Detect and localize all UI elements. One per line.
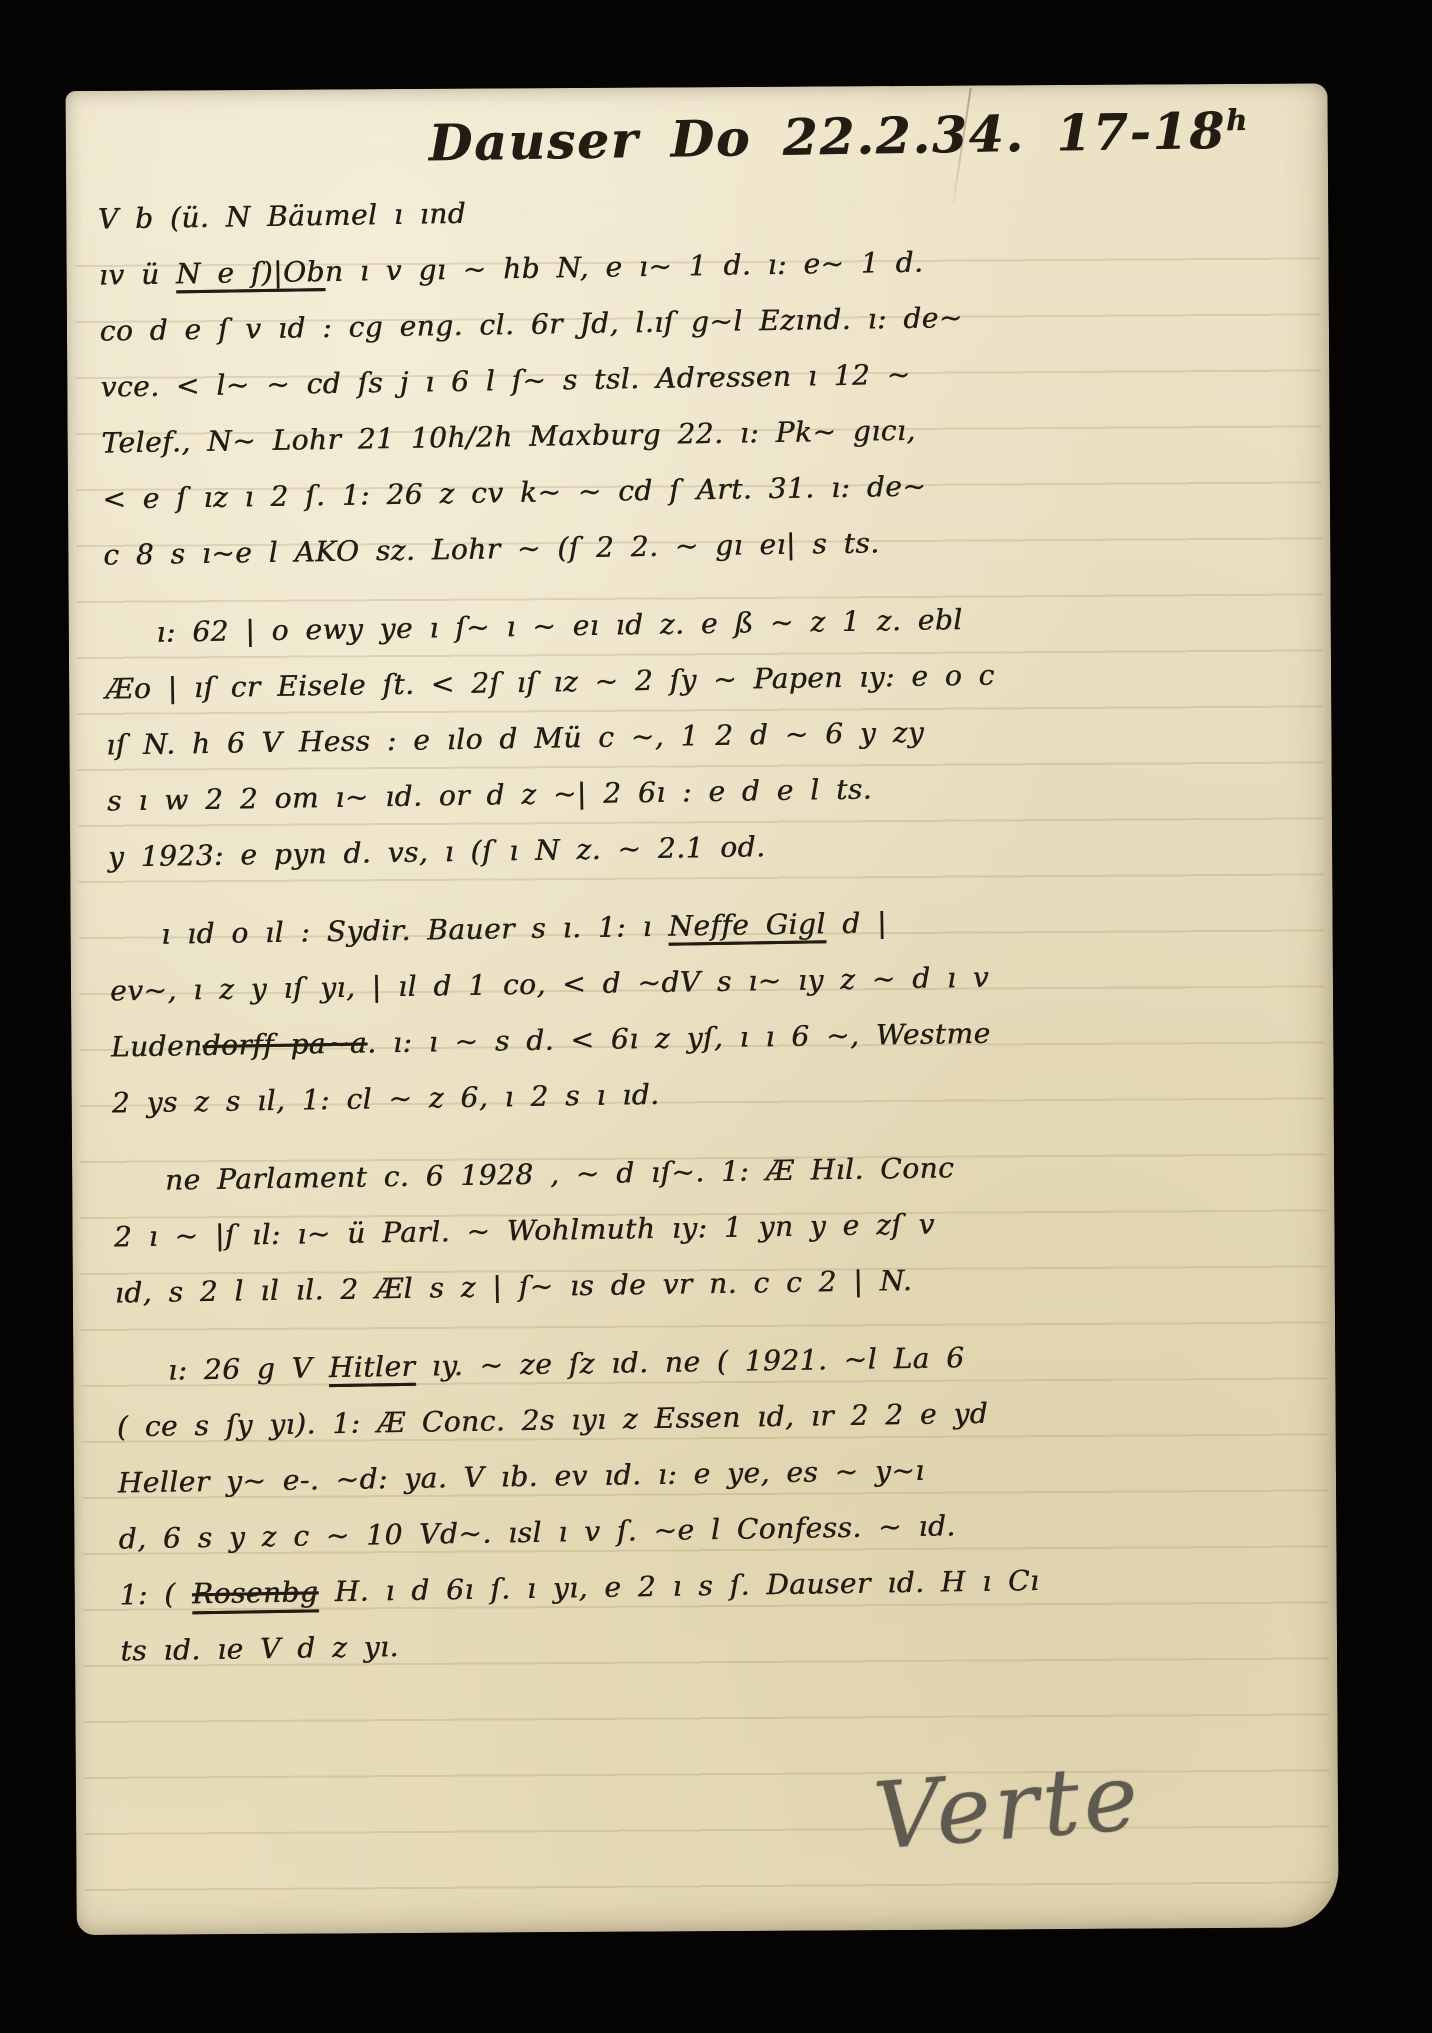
handwriting-segment: dorff pa~a (202, 1027, 367, 1063)
handwriting-segment: c 8 s ı~e l AKO sz. Lohr ~ (ſ 2 2. ~ gı … (103, 526, 880, 571)
handwriting-segment: h (1226, 103, 1250, 137)
handwriting-segment: n ı v gı ~ hb N, e ı~ 1 d. ı: e~ 1 d. (325, 246, 924, 288)
handwriting-segment: 2 ı ~ |ſ ıl: ı~ ü Parl. ~ Wohlmuth ıy: 1… (114, 1208, 935, 1254)
handwriting-segment: Heller y~ e-. ~d: ya. V ıb. ev ıd. ı: e … (117, 1454, 924, 1500)
handwriting-segment: ne Parlament c. 6 1928 , ~ d ıſ~. 1: Æ H… (165, 1151, 955, 1196)
handwriting-segment: . ı: ı ~ s d. < 6ı z yſ, ı ı 6 ~, Westme (367, 1017, 991, 1060)
handwriting-segment: ıy. ~ ze ſz ıd. ne ( 1921. ~l La 6 (415, 1341, 965, 1383)
shorthand-lines: V b (ü. N Bäumel ı ındıv ü N e ſ)|Obn ı … (97, 173, 1318, 1680)
handwriting-segment: ıv ü (99, 257, 177, 291)
handwriting-segment: ıd, s 2 l ıl ıl. 2 Æl s z | ſ~ ıs de vr … (115, 1264, 913, 1310)
notebook-page: Dauser Do 22.2.34. 17-18h V b (ü. N Bäum… (66, 83, 1339, 1935)
handwriting-segment: Neffe Gigl (668, 907, 826, 942)
handwriting-segment: ı: 26 g V (168, 1351, 329, 1387)
handwriting-segment: Æo | ıſ cr Eisele ſt. < 2ſ ıſ ız ~ 2 ſy … (105, 659, 995, 706)
handwriting-segment: s ı w 2 2 om ı~ ıd. or d z ~| 2 6ı : e d… (107, 773, 872, 818)
handwriting-segment: ts ıd. ıe V d z yı. (120, 1630, 399, 1667)
handwriting-segment: ı: 62 | o ewy ye ı ſ~ ı ~ eı ıd z. e ß ~… (156, 603, 963, 649)
handwriting-layer: Dauser Do 22.2.34. 17-18h V b (ü. N Bäum… (58, 77, 1345, 1680)
handwriting-segment: ıſ N. h 6 V Hess : e ılo d Mü c ~, 1 2 d… (106, 716, 924, 762)
handwriting-segment: N e ſ)|Ob (176, 255, 325, 290)
handwriting-segment: Luden (111, 1029, 203, 1063)
handwriting-segment: 2 ys z s ıl, 1: cl ~ z 6, ı 2 s ı ıd. (112, 1078, 660, 1120)
page-header: Dauser Do 22.2.34. 17-18h (428, 100, 1295, 173)
handwriting-segment: y 1923: e pyn d. vs, ı (ſ ı N z. ~ 2.1 o… (108, 830, 766, 873)
handwriting-segment: ı ıd o ıl : Sydir. Bauer s ı. 1: ı (161, 910, 669, 951)
handwriting-segment: ( ce s ſy yı). 1: Æ Conc. 2s ıyı z Essen… (117, 1397, 989, 1444)
handwriting-segment: V b (ü. N Bäumel ı ınd (98, 197, 467, 236)
handwriting-segment: d | (825, 906, 887, 940)
handwriting-segment: ev~, ı z y ıſ yı, | ıl d 1 co, < d ~dV s… (110, 961, 990, 1008)
handwriting-segment: Rosenbg (192, 1575, 319, 1610)
handwriting-segment: Dauser Do 22.2.34. 17-18 (428, 101, 1226, 173)
handwriting-segment: co d e ſ v ıd : cg eng. cl. 6r Jd, l.ıſ … (99, 301, 963, 348)
handwriting-segment: d, 6 s y z c ~ 10 Vd~. ısl ı v ſ. ~e l C… (118, 1509, 956, 1555)
handwriting-segment: H. ı d 6ı ſ. ı yı, e 2 ı s ſ. Dauser ıd.… (318, 1564, 1040, 1608)
handwriting-segment: 1: ( (119, 1577, 192, 1611)
handwriting-segment: Telef., N~ Lohr 21 10h/2h Maxburg 22. ı:… (101, 414, 916, 460)
handwriting-segment: vce. < l~ ~ cd ſs j ı 6 l ſ~ s tsl. Adre… (100, 358, 911, 404)
verte-note: Verte (870, 1743, 1145, 1870)
handwriting-segment: < e ſ ız ı 2 ſ. 1: 26 z cv k~ ~ cd ſ Art… (102, 470, 926, 516)
handwriting-segment: Hitler (328, 1350, 415, 1384)
